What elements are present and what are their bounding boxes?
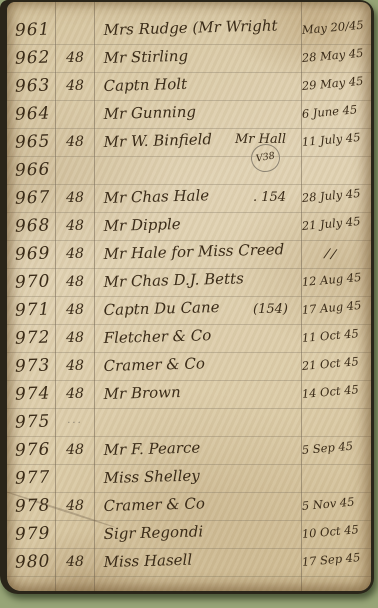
ledger-page: 961Mrs Rudge (Mr WrightMay 20/4596248Mr … xyxy=(7,2,371,591)
customer-name: Mr Stirling xyxy=(103,43,188,71)
ledger-row: 964Mr Gunning6 June 45 xyxy=(7,101,371,129)
ledger-row: 98048Miss Hasell17 Sep 45 xyxy=(7,549,371,577)
ledger-row: 97148Captn Du Cane(154)17 Aug 45 xyxy=(7,297,371,325)
entry-date: 28 July 45 xyxy=(301,179,369,211)
entry-date: 29 May 45 xyxy=(301,67,369,99)
customer-name: Mr Gunning xyxy=(103,99,196,127)
entry-date: 12 Aug 45 xyxy=(301,263,369,295)
entry-number: 961 xyxy=(15,16,56,43)
ledger-row: 975··· xyxy=(7,409,371,437)
ledger-row: 97448Mr Brown14 Oct 45 xyxy=(7,381,371,409)
entry-number: 980 xyxy=(15,548,56,575)
book-cover-edge: 961Mrs Rudge (Mr WrightMay 20/4596248Mr … xyxy=(0,0,374,594)
customer-name: Captn Du Cane xyxy=(103,294,220,323)
entry-date: 17 Sep 45 xyxy=(301,543,369,575)
entry-date: 11 Oct 45 xyxy=(301,319,369,351)
fee-value: 48 xyxy=(59,45,91,71)
ledger-row: 96948Mr Hale for Miss Creed// xyxy=(7,241,371,269)
entry-number: 978 xyxy=(15,492,56,519)
ledger-rows: 961Mrs Rudge (Mr WrightMay 20/4596248Mr … xyxy=(7,2,371,591)
ledger-row: 97648Mr F. Pearce5 Sep 45 xyxy=(7,437,371,465)
customer-name: Cramer & Co xyxy=(103,350,205,379)
ledger-row: 97048Mr Chas D.J. Betts12 Aug 45 xyxy=(7,269,371,297)
entry-date: 21 Oct 45 xyxy=(301,347,369,379)
fee-value: 48 xyxy=(59,437,91,463)
ledger-row: 966 xyxy=(7,157,371,185)
entry-date: May 20/45 xyxy=(301,11,369,43)
entry-number: 971 xyxy=(15,296,56,323)
fee-value: 48 xyxy=(59,241,91,267)
entry-number: 962 xyxy=(15,44,56,71)
customer-name: Miss Shelley xyxy=(103,462,200,491)
entry-date: 5 Sep 45 xyxy=(301,431,369,463)
customer-name: Mr Chas D.J. Betts xyxy=(103,265,244,295)
ledger-row: 96548Mr W. BinfieldMr HallV3811 July 45 xyxy=(7,129,371,157)
fee-value: 48 xyxy=(59,269,91,295)
entry-number: 967 xyxy=(15,184,56,211)
customer-name: Fletcher & Co xyxy=(103,322,211,351)
entry-number: 963 xyxy=(15,72,56,99)
entry-number: 966 xyxy=(15,156,56,183)
entry-number: 965 xyxy=(15,128,56,155)
entry-number: 972 xyxy=(15,324,56,351)
ledger-row: 96748Mr Chas Hale. 15428 July 45 xyxy=(7,185,371,213)
entry-date: 17 Aug 45 xyxy=(301,291,369,323)
customer-name: Mr Brown xyxy=(103,379,181,407)
ledger-row: 977Miss Shelley xyxy=(7,465,371,493)
entry-note: (154) xyxy=(253,297,288,323)
entry-number: 968 xyxy=(15,212,56,239)
entry-number: 975 xyxy=(15,408,56,435)
fee-value: 48 xyxy=(59,325,91,351)
fee-value: 48 xyxy=(59,185,91,211)
customer-name: Mr F. Pearce xyxy=(103,434,200,463)
customer-name: Miss Hasell xyxy=(103,547,192,575)
entry-date: 6 June 45 xyxy=(301,95,369,127)
ledger-row: 979Sigr Regondi10 Oct 45 xyxy=(7,521,371,549)
entry-number: 969 xyxy=(15,240,56,267)
ledger-row: 96848Mr Dipple21 July 45 xyxy=(7,213,371,241)
customer-name: Mr W. Binfield xyxy=(103,126,212,155)
ledger-row: 96248Mr Stirling28 May 45 xyxy=(7,45,371,73)
entry-number: 979 xyxy=(15,520,56,547)
fee-value: 48 xyxy=(59,353,91,379)
fee-value: 48 xyxy=(59,213,91,239)
fee-value: 48 xyxy=(59,129,91,155)
entry-number: 976 xyxy=(15,436,56,463)
entry-number: 974 xyxy=(15,380,56,407)
customer-name: Cramer & Co xyxy=(103,490,205,519)
entry-number: 970 xyxy=(15,268,56,295)
customer-name: Captn Holt xyxy=(103,71,187,99)
fee-value: 48 xyxy=(59,549,91,575)
entry-number: 973 xyxy=(15,352,56,379)
ledger-row: 97248Fletcher & Co11 Oct 45 xyxy=(7,325,371,353)
entry-number: 977 xyxy=(15,464,56,491)
fee-pencil-mark: ··· xyxy=(59,411,91,437)
customer-name: Mr Dipple xyxy=(103,211,181,239)
ledger-row: 96348Captn Holt29 May 45 xyxy=(7,73,371,101)
entry-date: 28 May 45 xyxy=(301,39,369,71)
entry-date: 5 Nov 45 xyxy=(301,487,369,519)
entry-date: 21 July 45 xyxy=(301,207,369,239)
fee-value: 48 xyxy=(59,73,91,99)
ledger-row: 97348Cramer & Co21 Oct 45 xyxy=(7,353,371,381)
entry-number: 964 xyxy=(15,100,56,127)
customer-name: Sigr Regondi xyxy=(103,518,203,547)
ledger-row: 961Mrs Rudge (Mr WrightMay 20/45 xyxy=(7,17,371,45)
customer-name: Mr Hale for Miss Creed xyxy=(103,236,284,267)
customer-name: Mr Chas Hale xyxy=(103,182,209,211)
customer-name: Mrs Rudge (Mr Wright xyxy=(103,12,278,43)
entry-date: 10 Oct 45 xyxy=(301,515,369,547)
entry-note: . 154 xyxy=(253,185,286,211)
entry-date: 14 Oct 45 xyxy=(301,375,369,407)
ledger-row: 97848Cramer & Co5 Nov 45 xyxy=(7,493,371,521)
fee-value: 48 xyxy=(59,297,91,323)
fee-value: 48 xyxy=(59,493,91,519)
fee-value: 48 xyxy=(59,381,91,407)
entry-date: 11 July 45 xyxy=(301,123,369,155)
